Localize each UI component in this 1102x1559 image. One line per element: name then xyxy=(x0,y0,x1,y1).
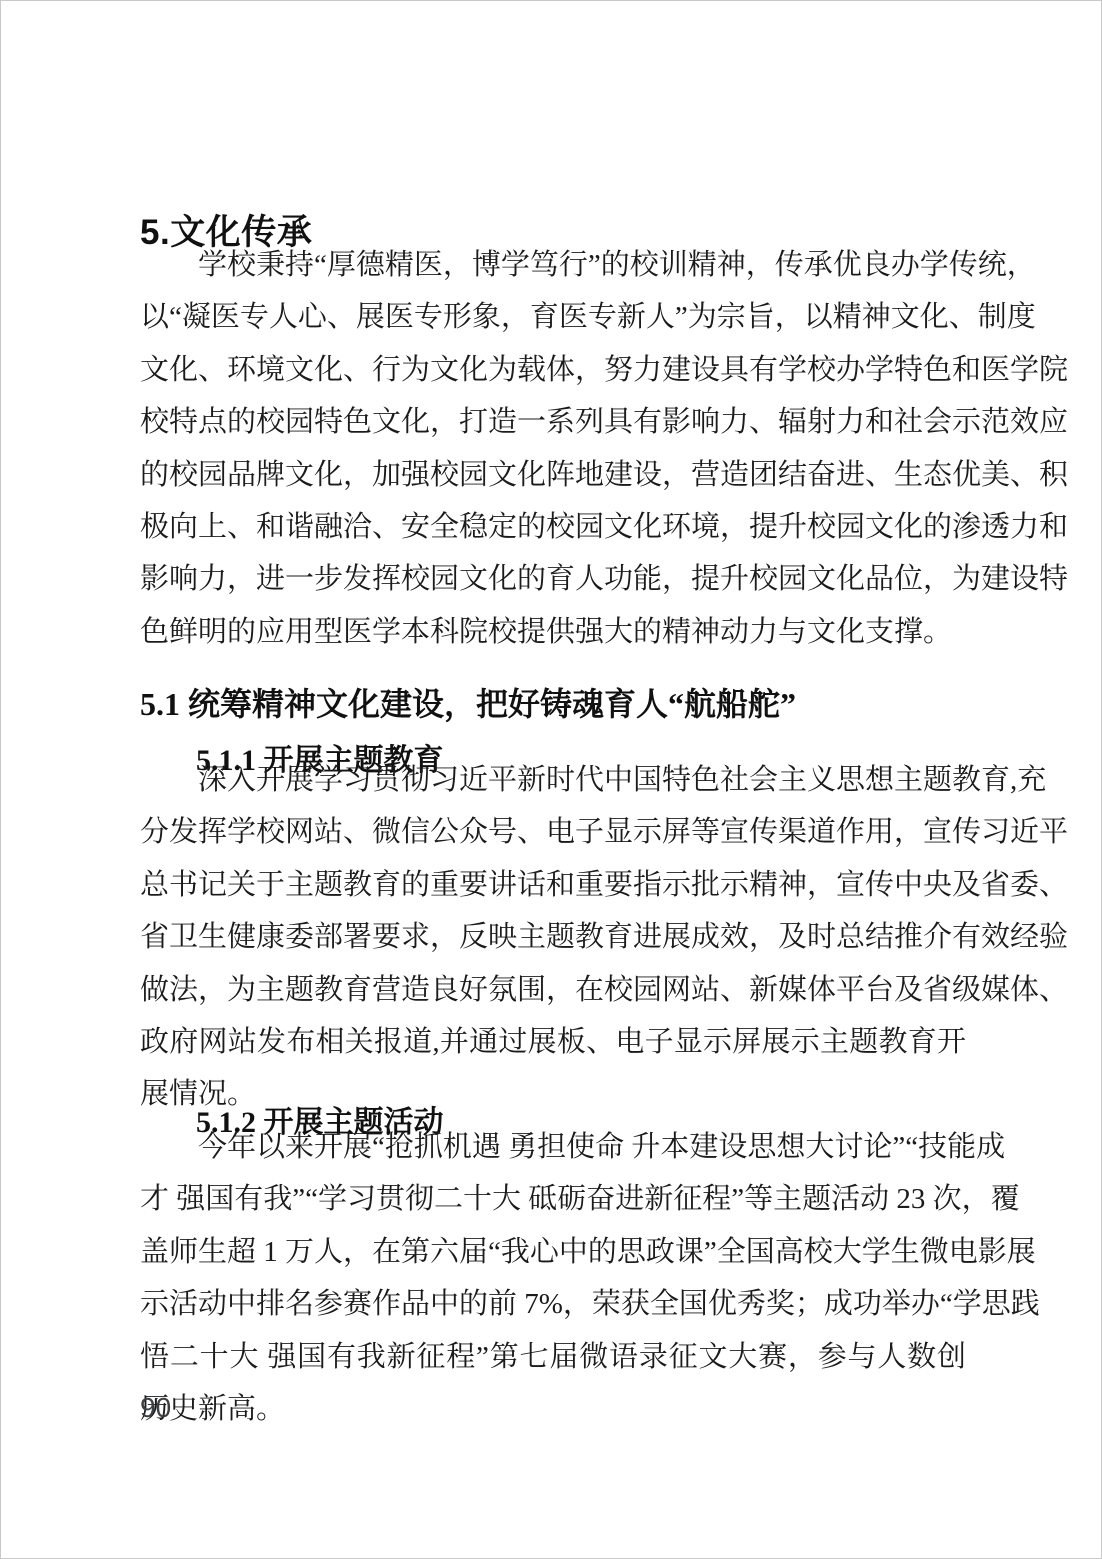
paragraph-line: 以“凝医专人心、展医专形象，育医专新人”为宗旨，以精神文化、制度 xyxy=(140,291,966,343)
paragraph-line: 省卫生健康委部署要求，反映主题教育进展成效，及时总结推介有效经验 xyxy=(140,911,966,963)
paragraph-line: 总书记关于主题教育的重要讲话和重要指示批示精神，宣传中央及省委、 xyxy=(140,859,966,911)
section-heading-5-1: 5.1 统筹精神文化建设，把好铸魂育人“航船舵” xyxy=(140,678,966,730)
page-number: 90 xyxy=(140,1393,966,1423)
paragraph-line: 校特点的校园特色文化，打造一系列具有影响力、辐射力和社会示范效应 xyxy=(140,396,966,448)
paragraph-line: 的校园品牌文化，加强校园文化阵地建设，营造团结奋进、生态优美、积 xyxy=(140,449,966,501)
paragraph-line: 政府网站发布相关报道,并通过展板、电子显示屏展示主题教育开展情况。 xyxy=(140,1016,966,1068)
paragraph-line: 盖师生超 1 万人，在第六届“我心中的思政课”全国高校大学生微电影展 xyxy=(140,1226,966,1278)
paragraph-line: 示活动中排名参赛作品中的前 7%，荣获全国优秀奖；成功举办“学思践 xyxy=(140,1278,966,1330)
document-page: 5.文化传承 学校秉持“厚德精医，博学笃行”的校训精神，传承优良办学传统， 以“… xyxy=(0,0,1102,1559)
paragraph-theme-activities: 今年以来开展“抢抓机遇 勇担使命 升本建设思想大讨论”“技能成 才 强国有我”“… xyxy=(140,1121,966,1383)
paragraph-line: 今年以来开展“抢抓机遇 勇担使命 升本建设思想大讨论”“技能成 xyxy=(140,1121,966,1173)
paragraph-theme-education: 深入开展学习贯彻习近平新时代中国特色社会主义思想主题教育,充 分发挥学校网站、微… xyxy=(140,754,966,1068)
paragraph-line: 色鲜明的应用型医学本科院校提供强大的精神动力与文化支撑。 xyxy=(140,606,966,658)
paragraph-line: 才 强国有我”“学习贯彻二十大 砥砺奋进新征程”等主题活动 23 次，覆 xyxy=(140,1173,966,1225)
paragraph-line: 深入开展学习贯彻习近平新时代中国特色社会主义思想主题教育,充 xyxy=(140,754,966,806)
paragraph-line: 学校秉持“厚德精医，博学笃行”的校训精神，传承优良办学传统， xyxy=(140,239,966,291)
paragraph-line: 做法，为主题教育营造良好氛围，在校园网站、新媒体平台及省级媒体、 xyxy=(140,964,966,1016)
paragraph-line: 悟二十大 强国有我新征程”第七届微语录征文大赛，参与人数创历史新高。 xyxy=(140,1331,966,1383)
paragraph-line: 影响力，进一步发挥校园文化的育人功能，提升校园文化品位，为建设特 xyxy=(140,553,966,605)
paragraph-line: 极向上、和谐融洽、安全稳定的校园文化环境，提升校园文化的渗透力和 xyxy=(140,501,966,553)
paragraph-line: 分发挥学校网站、微信公众号、电子显示屏等宣传渠道作用，宣传习近平 xyxy=(140,806,966,858)
paragraph-culture-overview: 学校秉持“厚德精医，博学笃行”的校训精神，传承优良办学传统， 以“凝医专人心、展… xyxy=(140,239,966,658)
paragraph-line: 文化、环境文化、行为文化为载体，努力建设具有学校办学特色和医学院 xyxy=(140,344,966,396)
